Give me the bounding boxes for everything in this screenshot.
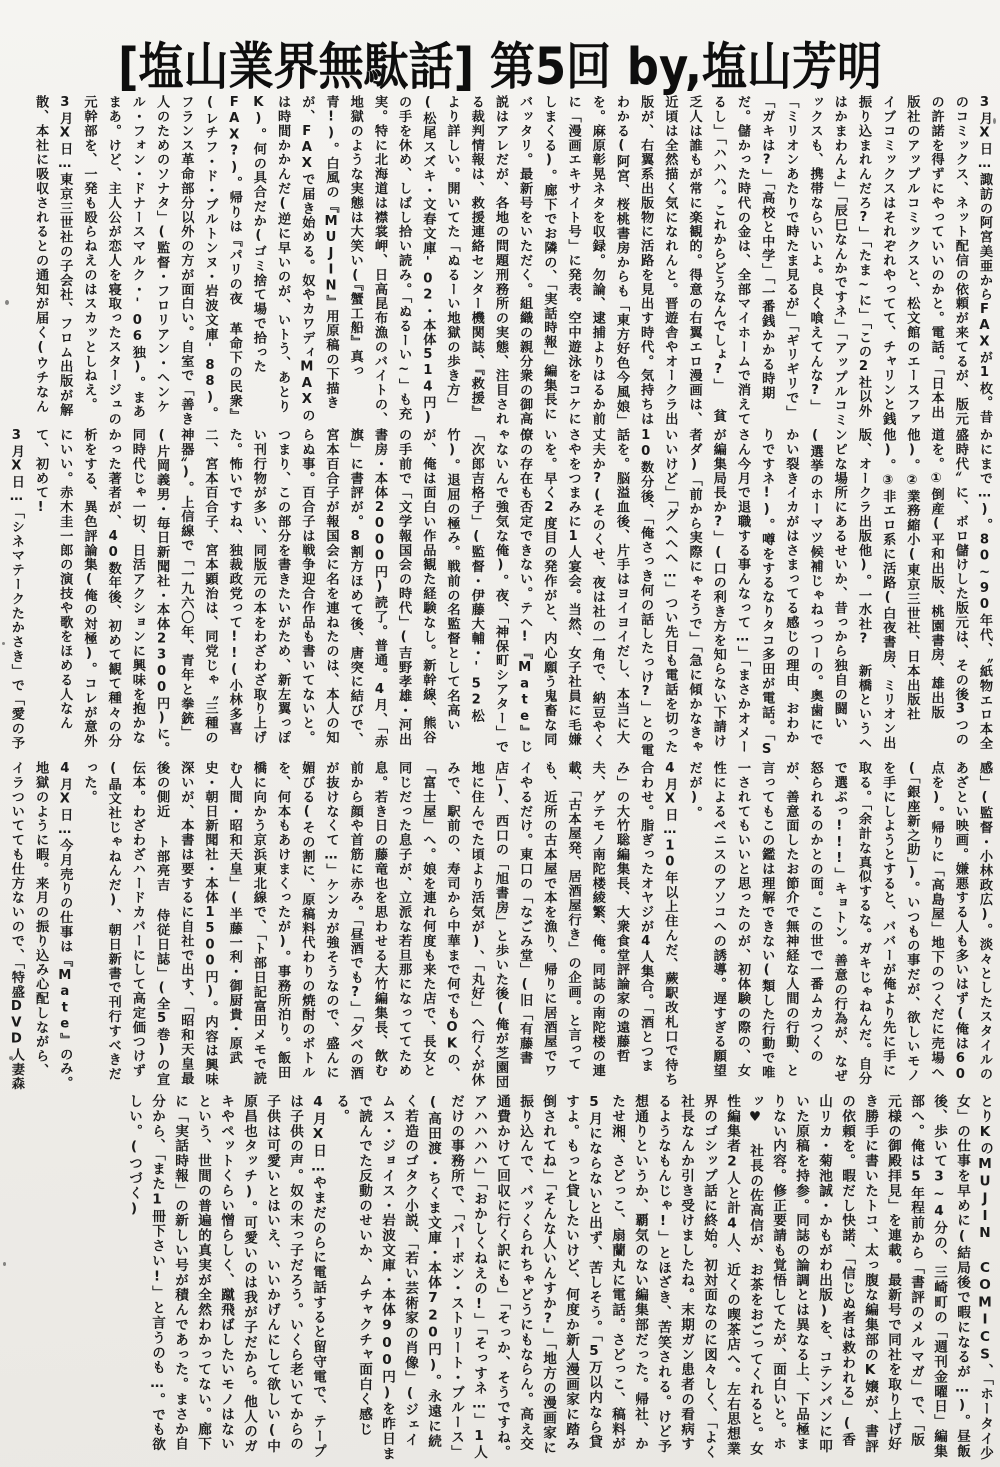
scan-speck [993, 118, 996, 124]
scan-speck [9, 1056, 13, 1060]
diary-band-3: 感」(監督・小林政広)。淡々としたスタイルのあざとい映画。嫌悪する人も多いはず(… [6, 761, 996, 1091]
scan-speck [3, 1262, 6, 1266]
page-title: [塩山業界無駄話] 第5回 by,塩山芳明 [0, 26, 1000, 99]
scan-speck [5, 300, 9, 305]
scanned-magazine-page: [塩山業界無駄話] 第5回 by,塩山芳明 3月X日…諏訪の阿宮美亜からFAXが… [0, 0, 1000, 1467]
diary-band-4: とりKのMUJIN COMICS、「ホータイ少女」の仕事を早めに(結局後で暇にな… [6, 1094, 996, 1462]
scan-speck [2, 642, 5, 645]
diary-band-2: かにまで…)。80~90年代、〝紙物エロ本全盛時代〟に、ボロ儲けした版元は、その… [6, 428, 996, 758]
diary-band-1: 3月X日…諏訪の阿宮美亜からFAXが1枚。昔のコミックス、ネット配信の依頼が来て… [6, 95, 996, 428]
